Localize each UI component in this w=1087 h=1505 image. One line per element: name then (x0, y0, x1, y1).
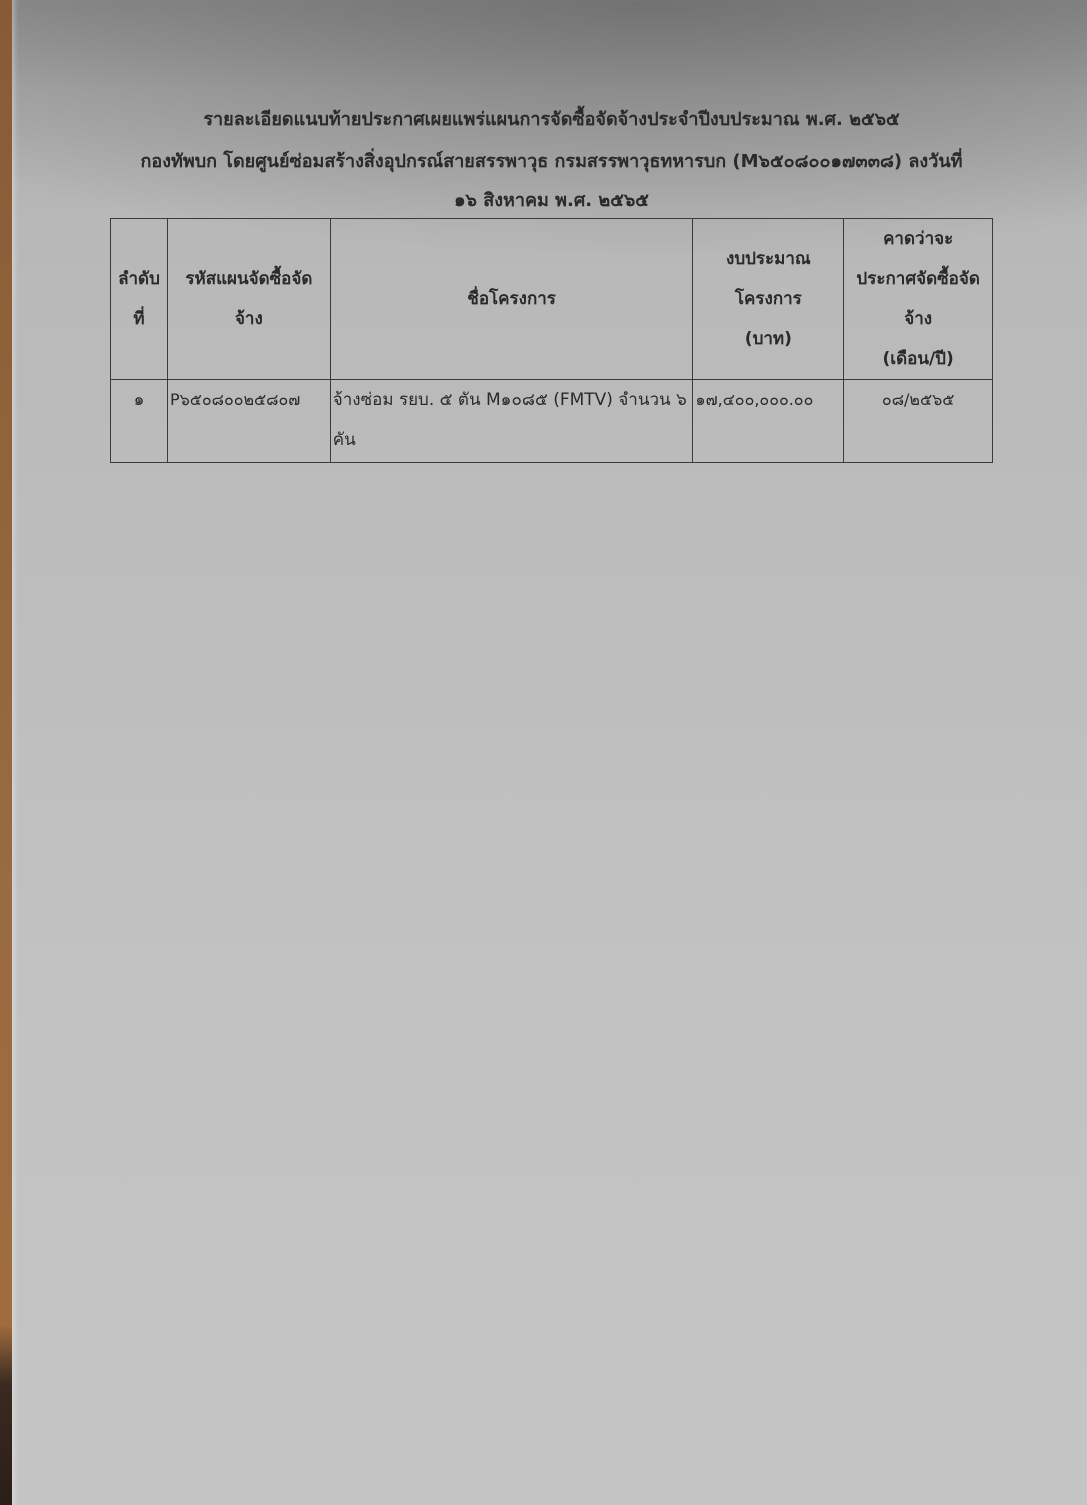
document-heading-line-1: รายละเอียดแนบท้ายประกาศเผยแพร่แผนการจัดซ… (8, 104, 1087, 133)
column-header-order: ลำดับ ที่ (111, 219, 168, 380)
cell-expected-month-year: ๐๘/๒๕๖๕ (844, 380, 993, 463)
header-line: ลำดับ (113, 259, 165, 299)
header-line: จ้าง (846, 299, 990, 339)
cell-plan-code: P๖๕๐๘๐๐๒๕๘๐๗ (167, 380, 330, 463)
header-line: ที่ (113, 299, 165, 339)
header-line: (บาท) (695, 319, 841, 359)
document-heading-line-3: ๑๖ สิงหาคม พ.ศ. ๒๕๖๕ (8, 185, 1087, 214)
column-header-plan-code: รหัสแผนจัดซื้อจัด จ้าง (167, 219, 330, 380)
table-header-row: ลำดับ ที่ รหัสแผนจัดซื้อจัด จ้าง ชื่อโคร… (111, 219, 993, 380)
procurement-plan-table: ลำดับ ที่ รหัสแผนจัดซื้อจัด จ้าง ชื่อโคร… (110, 218, 993, 463)
header-line: (เดือน/ปี) (846, 339, 990, 379)
cell-budget: ๑๗,๔๐๐,๐๐๐.๐๐ (693, 380, 844, 463)
header-line: รหัสแผนจัดซื้อจัด (170, 259, 328, 299)
table-row: ๑ P๖๕๐๘๐๐๒๕๘๐๗ จ้างซ่อม รยบ. ๕ ตัน M๑๐๘๕… (111, 380, 993, 463)
header-line: โครงการ (695, 279, 841, 319)
cell-order: ๑ (111, 380, 168, 463)
header-line: ชื่อโครงการ (333, 279, 691, 319)
header-line: คาดว่าจะ (846, 219, 990, 259)
column-header-budget: งบประมาณ โครงการ (บาท) (693, 219, 844, 380)
header-line: ประกาศจัดซื้อจัด (846, 259, 990, 299)
column-header-expected-date: คาดว่าจะ ประกาศจัดซื้อจัด จ้าง (เดือน/ปี… (844, 219, 993, 380)
cell-project-name: จ้างซ่อม รยบ. ๕ ตัน M๑๐๘๕ (FMTV) จำนวน ๖… (330, 380, 693, 463)
column-header-project-name: ชื่อโครงการ (330, 219, 693, 380)
document-heading-line-2: กองทัพบก โดยศูนย์ซ่อมสร้างสิ่งอุปกรณ์สาย… (8, 146, 1087, 175)
header-line: จ้าง (170, 299, 328, 339)
header-line: งบประมาณ (695, 239, 841, 279)
